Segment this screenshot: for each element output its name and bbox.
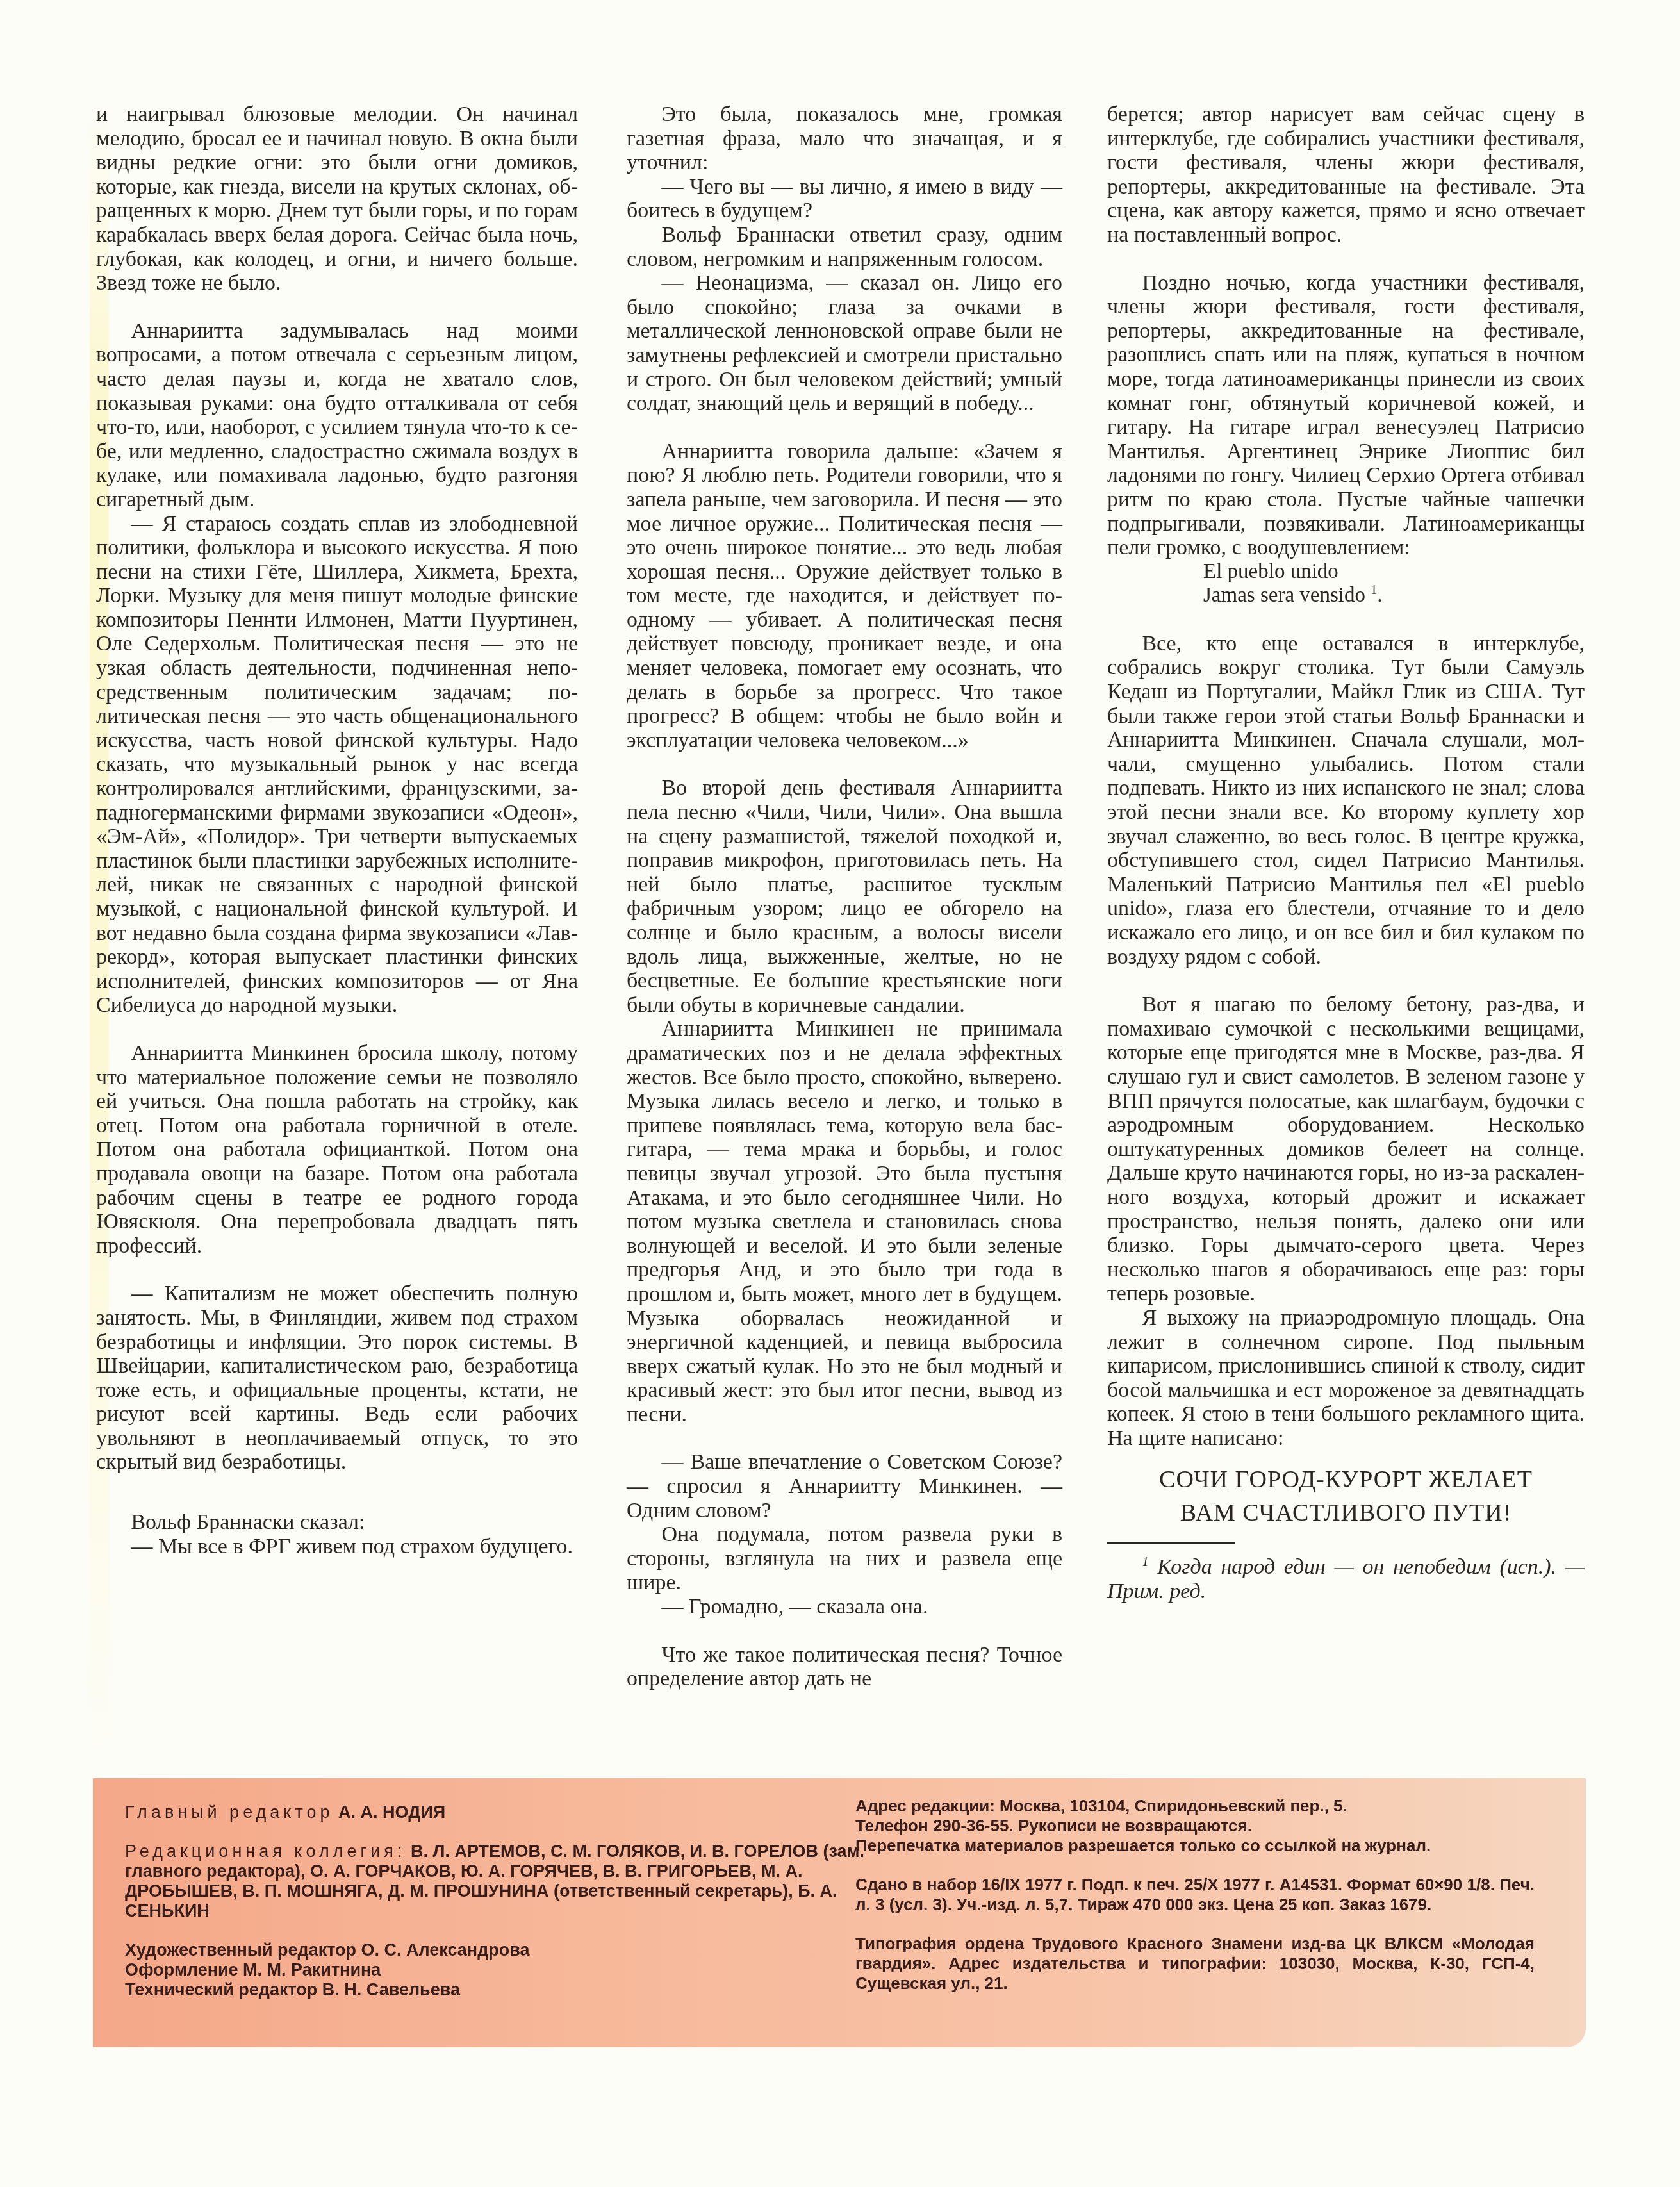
imprint-publishing: Адрес редакции: Москва, 103104, Спиридон…: [855, 1796, 1535, 1993]
footnote: 1 Когда народ един — он непобедим (исп.)…: [1107, 1555, 1585, 1603]
paragraph: Вольф Браннаски ответил сразу, од­ним сл…: [627, 223, 1062, 271]
imprint-editorial: Главный редактор А. А. НОДИЯ Редакционна…: [125, 1803, 907, 2000]
lyrics-line: Jamas sera vensido 1.: [1203, 584, 1585, 608]
tech-editor: Технический редактор В. Н. Савельева: [125, 1980, 907, 2000]
text-column-1: и наигрывал блюзовые мелодии. Он на­чина…: [96, 103, 578, 1558]
lyrics-line: El pueblo unido: [1203, 560, 1585, 584]
editorial-board: Редакционная коллегия: В. Л. АРТЕМОВ, С.…: [125, 1842, 907, 1921]
paragraph: Аннариитта задумывалась над моими вопрос…: [96, 319, 578, 512]
design-credit: Оформление М. М. Ракитнина: [125, 1960, 907, 1980]
paragraph: Во второй день фестиваля Аннариитта пела…: [627, 776, 1062, 1017]
paragraph: — Капитализм не может обеспечить полную …: [96, 1282, 578, 1474]
art-editor: Художественный редактор О. С. Александро…: [125, 1940, 907, 1960]
paragraph: — Я стараюсь создать сплав из зло­боднев…: [96, 512, 578, 1018]
paragraph: Что же такое политическая песня? Точное …: [627, 1643, 1062, 1691]
paragraph: — Мы все в ФРГ живем под стра­хом будуще…: [96, 1535, 578, 1559]
chief-editor-label: Главный редактор: [125, 1803, 334, 1822]
paragraph: — Неонацизма, — сказал он. Лицо его было…: [627, 271, 1062, 416]
footnote-mark: 1: [1142, 1555, 1148, 1569]
paragraph: — Чего вы — вы лично, я имею в виду — бо…: [627, 175, 1062, 223]
editorial-phone: Телефон 290-36-55. Рукописи не возвращаю…: [855, 1816, 1535, 1836]
paragraph: Аннариитта Минкинен не принимала драмати…: [627, 1017, 1062, 1426]
paragraph: Я выхожу на приаэродромную пло­щадь. Она…: [1107, 1306, 1585, 1451]
paragraph: берется; автор нарисует вам сейчас сце­н…: [1107, 103, 1585, 247]
paragraph: — Ваше впечатление о Советском Союзе? — …: [627, 1450, 1062, 1523]
paragraph: Поздно ночью, когда участники фе­стиваля…: [1107, 271, 1585, 560]
paragraph: Аннариитта говорила дальше: «Зачем я пою…: [627, 440, 1062, 753]
slogan-line: ВАМ СЧАСТЛИВОГО ПУТИ!: [1107, 1496, 1585, 1530]
footnote-mark: 1: [1371, 583, 1377, 597]
paragraph: Аннариитта Минкинен бросила шко­лу, пото…: [96, 1041, 578, 1258]
paragraph: — Громадно, — сказала она.: [627, 1595, 1062, 1619]
imprint-box: Главный редактор А. А. НОДИЯ Редакционна…: [93, 1778, 1586, 2047]
slogan-line: СОЧИ ГОРОД-КУРОРТ ЖЕЛАЕТ: [1107, 1463, 1585, 1496]
reprint-notice: Перепечатка материалов разрешается тольк…: [855, 1836, 1535, 1856]
print-info: Сдано в набор 16/IX 1977 г. Подп. к печ.…: [855, 1875, 1535, 1915]
billboard-slogan: СОЧИ ГОРОД-КУРОРТ ЖЕЛАЕТ ВАМ СЧАСТЛИВОГО…: [1107, 1463, 1585, 1530]
text-column-3: берется; автор нарисует вам сейчас сце­н…: [1107, 103, 1585, 1604]
paragraph: и наигрывал блюзовые мелодии. Он на­чина…: [96, 103, 578, 295]
paragraph: Она подумала, потом развела руки в сторо…: [627, 1523, 1062, 1595]
board-label: Редакционная коллегия:: [125, 1842, 406, 1861]
paragraph: Все, кто еще оставался в интерклубе, соб…: [1107, 632, 1585, 969]
chief-editor: Главный редактор А. А. НОДИЯ: [125, 1803, 907, 1822]
footnote-text: Когда народ един — он непобедим (исп.). …: [1107, 1555, 1585, 1603]
paragraph: Это была, показалось мне, громкая газетн…: [627, 103, 1062, 175]
chief-editor-name: А. А. НОДИЯ: [338, 1803, 445, 1822]
editorial-address: Адрес редакции: Москва, 103104, Спиридон…: [855, 1796, 1535, 1816]
text-column-2: Это была, показалось мне, громкая газетн…: [627, 103, 1062, 1691]
paragraph: Вот я шагаю по белому бетону, раз-два, и…: [1107, 993, 1585, 1306]
song-lyrics: El pueblo unido Jamas sera vensido 1.: [1107, 560, 1585, 608]
footnote-divider: [1107, 1542, 1235, 1544]
printer-info: Типография ордена Трудового Красного Зна…: [855, 1934, 1535, 1993]
paragraph: Вольф Браннаски сказал:: [96, 1510, 578, 1535]
